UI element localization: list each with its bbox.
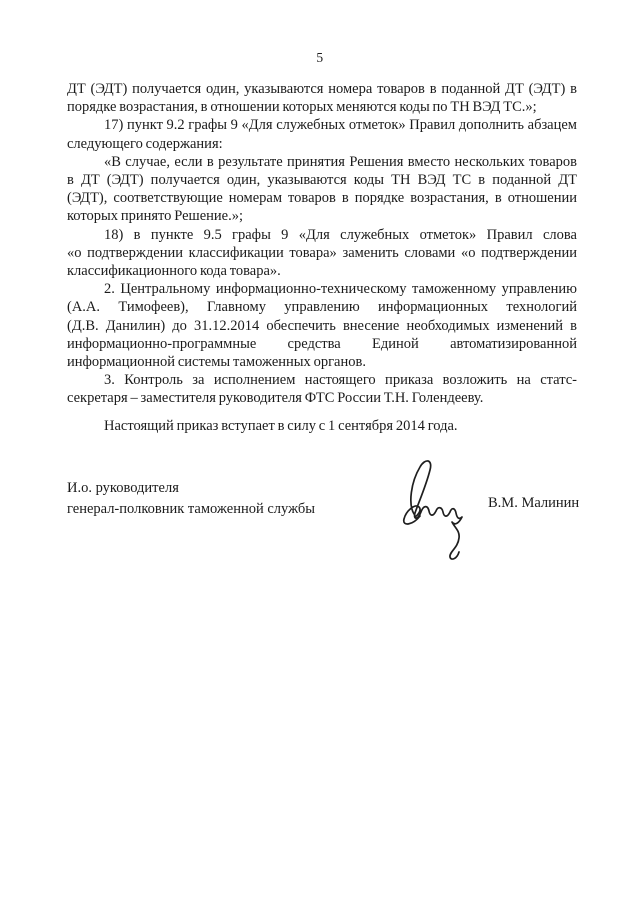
text-line: секретаря – заместителя руководителя ФТС… bbox=[67, 389, 577, 407]
text-line: ДТ (ЭДТ) получается один, указываются но… bbox=[67, 80, 577, 98]
text-line: информационно-программные средства Едино… bbox=[67, 335, 577, 353]
text-line: 17) пункт 9.2 графы 9 «Для служебных отм… bbox=[67, 116, 577, 134]
signer-name: В.М. Малинин bbox=[488, 495, 579, 512]
text-line: следующего содержания: bbox=[67, 135, 577, 153]
text-line: (ЭДТ), соответствующие номерам товаров в… bbox=[67, 189, 577, 207]
text-line: 18) в пункте 9.5 графы 9 «Для служебных … bbox=[67, 226, 577, 244]
text-line: 3. Контроль за исполнением настоящего пр… bbox=[67, 371, 577, 389]
text-line: классификационного кода товара». bbox=[67, 262, 577, 280]
page-number: 5 bbox=[0, 50, 640, 66]
text-line: (Д.В. Данилин) до 31.12.2014 обеспечить … bbox=[67, 317, 577, 335]
handwritten-signature-icon bbox=[393, 456, 465, 562]
text-line: (А.А. Тимофеев), Главному управлению инф… bbox=[67, 298, 577, 316]
text-line: 2. Центральному информационно-техническо… bbox=[67, 280, 577, 298]
closing-line: Настоящий приказ вступает в силу с 1 сен… bbox=[67, 417, 577, 435]
text-line: «о подтверждении классификации товара» з… bbox=[67, 244, 577, 262]
signature-block: И.о. руководителя генерал-полковник тамо… bbox=[67, 478, 577, 608]
text-line: которых принято Решение.»; bbox=[67, 207, 577, 225]
text-line: информационной системы таможенных органо… bbox=[67, 353, 577, 371]
text-line: порядке возрастания, в отношении которых… bbox=[67, 98, 577, 116]
document-page: 5 ДТ (ЭДТ) получается один, указываются … bbox=[0, 0, 640, 905]
text-line: в ДТ (ЭДТ) получается один, указываются … bbox=[67, 171, 577, 189]
text-line: «В случае, если в результате принятия Ре… bbox=[67, 153, 577, 171]
document-body: ДТ (ЭДТ) получается один, указываются но… bbox=[67, 80, 577, 435]
